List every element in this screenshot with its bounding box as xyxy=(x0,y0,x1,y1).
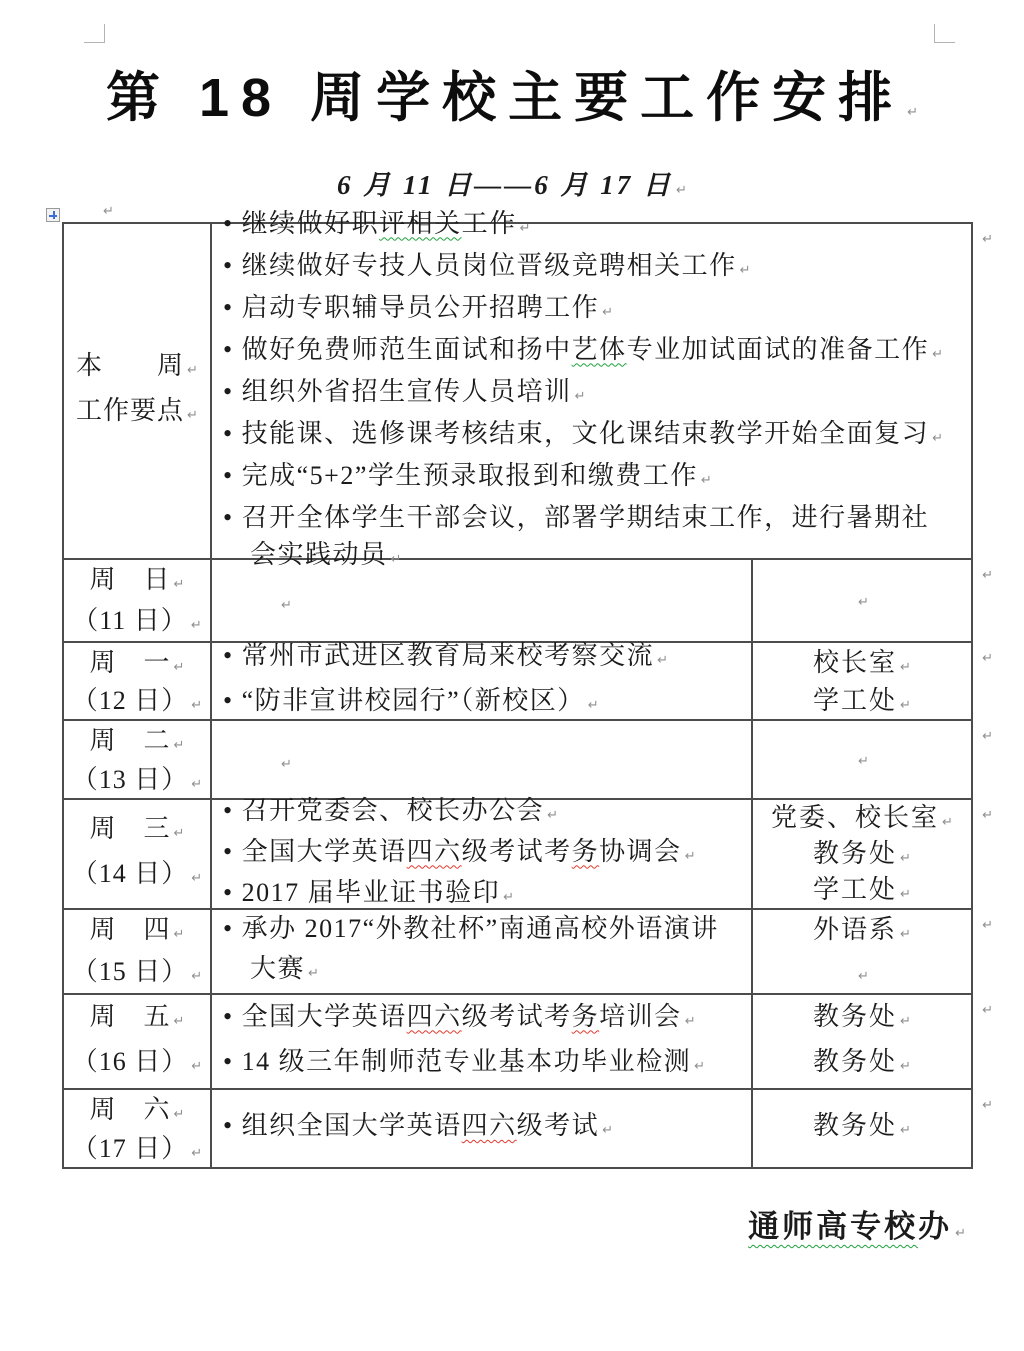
page-margin-mark-top-right xyxy=(934,24,955,43)
day-date: （11 日） xyxy=(72,601,201,642)
day-date: （16 日） xyxy=(72,1042,202,1087)
table-row-friday: 周 五 （16 日） 全国大学英语四六级考试考务培训会 14 级三年制师范专业基… xyxy=(64,995,971,1090)
table-row-monday: 周 一 （12 日） 常州市武进区教育局来校考察交流 “防非宣讲校园行”（新校区… xyxy=(64,643,971,721)
day-date: （15 日） xyxy=(72,952,202,994)
row-end-mark xyxy=(979,806,993,824)
row-end-mark xyxy=(979,230,993,248)
task-item: “防非宣讲校园行”（新校区） xyxy=(223,681,741,726)
department-cell: 校长室 学工处 xyxy=(751,643,971,719)
department-name: 外语系 xyxy=(813,910,911,952)
page-title: 第 18 周学校主要工作安排 xyxy=(0,66,1024,145)
tasks-cell: 承办 2017“外教社杯”南通高校外语演讲大赛 xyxy=(212,910,751,993)
signature-text: 通师高专校办 xyxy=(748,1209,952,1244)
department-name: 教务处 xyxy=(813,836,911,872)
row-end-mark xyxy=(979,727,993,745)
signature: 通师高专校办 xyxy=(748,1206,966,1255)
paragraph-mark xyxy=(855,952,869,994)
page-title-text: 第 18 周学校主要工作安排 xyxy=(106,68,904,128)
department-cell: 教务处 xyxy=(751,1090,971,1167)
date-range-text: 6 月 11 日——6 月 17 日 xyxy=(337,170,673,200)
day-cell: 周 三 （14 日） xyxy=(64,800,212,908)
task-item: 启动专职辅导员公开招聘工作 xyxy=(223,289,955,331)
row-end-mark xyxy=(979,649,993,667)
department-cell xyxy=(751,560,971,641)
paragraph-mark xyxy=(855,578,869,623)
summary-label-line2: 工作要点 xyxy=(76,391,198,436)
document-page: 第 18 周学校主要工作安排 6 月 11 日——6 月 17 日 本 周 工作… xyxy=(0,0,1024,1351)
department-name: 教务处 xyxy=(813,1042,911,1087)
row-end-mark xyxy=(979,1001,993,1019)
table-row-tuesday: 周 二 （13 日） xyxy=(64,721,971,800)
table-row-wednesday: 周 三 （14 日） 召开党委会、校长办公会 全国大学英语四六级考试考务协调会 … xyxy=(64,800,971,910)
day-cell: 周 一 （12 日） xyxy=(64,643,212,719)
task-item: 全国大学英语四六级考试考务培训会 xyxy=(223,997,741,1042)
paragraph-mark xyxy=(100,202,114,216)
tasks-cell: 全国大学英语四六级考试考务培训会 14 级三年制师范专业基本功毕业检测 xyxy=(212,995,751,1088)
day-name: 周 五 xyxy=(90,997,185,1042)
day-cell: 周 四 （15 日） xyxy=(64,910,212,993)
paragraph-mark xyxy=(223,581,741,621)
day-name: 周 日 xyxy=(90,560,185,601)
department-name: 校长室 xyxy=(813,643,911,681)
department-cell: 教务处 教务处 xyxy=(751,995,971,1088)
task-item: 继续做好专技人员岗位晋级竞聘相关工作 xyxy=(223,247,955,289)
tasks-cell xyxy=(212,721,751,798)
day-name: 周 二 xyxy=(90,721,185,760)
department-name: 教务处 xyxy=(813,997,911,1042)
day-name: 周 三 xyxy=(90,809,185,854)
task-item: 做好免费师范生面试和扬中艺体专业加试面试的准备工作 xyxy=(223,331,955,373)
task-item: 全国大学英语四六级考试考务协调会 xyxy=(223,834,741,875)
task-item: 继续做好职评相关工作 xyxy=(223,205,955,247)
summary-label-line1: 本 周 xyxy=(76,346,198,391)
task-item: 组织全国大学英语四六级考试 xyxy=(223,1106,741,1151)
day-name: 周 一 xyxy=(90,643,185,681)
paragraph-mark xyxy=(223,740,741,780)
department-cell: 外语系 xyxy=(751,910,971,993)
task-item: 14 级三年制师范专业基本功毕业检测 xyxy=(223,1042,741,1087)
department-cell: 党委、校长室 教务处 学工处 xyxy=(751,800,971,908)
task-item: 常州市武进区教育局来校考察交流 xyxy=(223,636,741,681)
tasks-cell: 组织全国大学英语四六级考试 xyxy=(212,1090,751,1167)
date-range-subtitle: 6 月 11 日——6 月 17 日 xyxy=(0,169,1024,207)
paragraph-mark xyxy=(855,737,869,782)
department-name: 党委、校长室 xyxy=(771,800,953,836)
page-margin-mark-top-left xyxy=(84,24,105,43)
tasks-cell xyxy=(212,560,751,641)
day-date: （13 日） xyxy=(72,760,202,799)
table-row-thursday: 周 四 （15 日） 承办 2017“外教社杯”南通高校外语演讲大赛 外语系 xyxy=(64,910,971,995)
summary-tasks-cell: 继续做好职评相关工作 继续做好专技人员岗位晋级竞聘相关工作 启动专职辅导员公开招… xyxy=(212,224,971,558)
day-name: 周 六 xyxy=(90,1090,185,1129)
row-end-mark xyxy=(979,1096,993,1114)
task-item: 召开党委会、校长办公会 xyxy=(223,793,741,834)
row-end-mark xyxy=(979,566,993,584)
tasks-cell: 常州市武进区教育局来校考察交流 “防非宣讲校园行”（新校区） xyxy=(212,643,751,719)
day-cell: 周 日 （11 日） xyxy=(64,560,212,641)
department-cell xyxy=(751,721,971,798)
table-row-saturday: 周 六 （17 日） 组织全国大学英语四六级考试 教务处 xyxy=(64,1090,971,1169)
table-row-sunday: 周 日 （11 日） xyxy=(64,560,971,643)
day-cell: 周 二 （13 日） xyxy=(64,721,212,798)
day-date: （12 日） xyxy=(72,681,202,719)
task-item: 承办 2017“外教社杯”南通高校外语演讲大赛 xyxy=(223,909,741,994)
table-move-handle-icon[interactable] xyxy=(46,208,60,222)
tasks-cell: 召开党委会、校长办公会 全国大学英语四六级考试考务协调会 2017 届毕业证书验… xyxy=(212,800,751,908)
row-end-mark xyxy=(979,916,993,934)
weekly-schedule-table: 本 周 工作要点 继续做好职评相关工作 继续做好专技人员岗位晋级竞聘相关工作 启… xyxy=(62,222,973,1169)
department-name: 学工处 xyxy=(813,872,911,908)
day-date: （17 日） xyxy=(72,1129,202,1168)
move-arrow-vertical xyxy=(53,211,55,219)
task-item: 技能课、选修课考核结束，文化课结束教学开始全面复习 xyxy=(223,415,955,457)
task-item: 完成“5+2”学生预录取报到和缴费工作 xyxy=(223,457,955,499)
table-row-week-summary: 本 周 工作要点 继续做好职评相关工作 继续做好专技人员岗位晋级竞聘相关工作 启… xyxy=(64,224,971,560)
day-date: （14 日） xyxy=(72,854,202,899)
summary-label-cell: 本 周 工作要点 xyxy=(64,224,212,558)
department-name: 教务处 xyxy=(813,1106,911,1151)
task-item: 组织外省招生宣传人员培训 xyxy=(223,373,955,415)
day-cell: 周 六 （17 日） xyxy=(64,1090,212,1167)
day-name: 周 四 xyxy=(90,910,185,952)
day-cell: 周 五 （16 日） xyxy=(64,995,212,1088)
department-name: 学工处 xyxy=(813,681,911,719)
